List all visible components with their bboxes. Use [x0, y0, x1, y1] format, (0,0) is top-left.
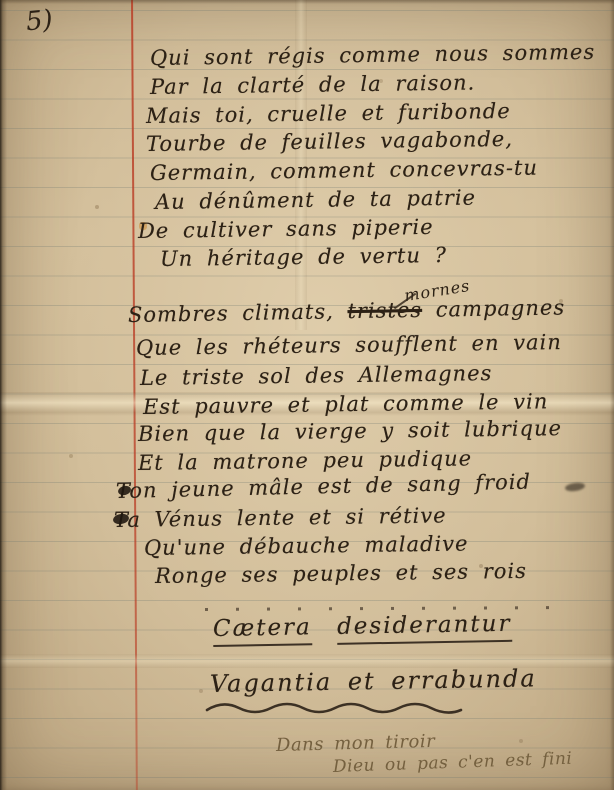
latin-line: Vagantia et errabunda: [210, 664, 537, 698]
poem-line: Que les rhéteurs soufflent en vain: [136, 330, 562, 360]
poem-line: Le triste sol des Allemagnes: [140, 361, 493, 390]
poem-line: Au dénûment de ta patrie: [155, 186, 476, 214]
poem-line: Par la clarté de la raison.: [150, 70, 476, 99]
underlined-word: desiderantur: [337, 611, 512, 645]
scan-edge-left: [0, 0, 7, 790]
struck-word: tristes: [347, 298, 422, 323]
ink-smudge: [565, 482, 586, 493]
poem-line: Ta Vénus lente et si rétive: [114, 503, 447, 532]
underlined-word: Cætera: [213, 614, 312, 647]
latin-line: Cætera desiderantur: [213, 611, 512, 642]
poem-line: Qui sont régis comme nous sommes: [150, 40, 595, 70]
poem-line: Bien que la vierge y soit lubrique: [138, 416, 562, 446]
scan-edge-right: [610, 0, 614, 790]
scan-edge-top: [0, 0, 614, 4]
poem-line: Ton jeune mâle est de sang froid: [116, 470, 531, 503]
manuscript-page: 5) Qui sont régis comme nous sommes Par …: [0, 0, 614, 790]
poem-line: Ronge ses peuples et ses rois: [155, 559, 527, 588]
poem-line: Qu'une débauche maladive: [144, 531, 469, 560]
poem-line-with-correction: Sombres climats, tristes campagnes: [128, 295, 566, 327]
poem-line: Un héritage de vertu ?: [160, 243, 447, 271]
marginal-note: Dans mon tiroir: [276, 731, 436, 756]
poem-line: Et la matrone peu pudique: [138, 446, 472, 475]
line-text-before: Sombres climats,: [128, 299, 334, 327]
poem-line: De cultiver sans piperie: [138, 215, 434, 243]
line-text-after: campagnes: [436, 295, 566, 321]
page-number: 5): [25, 5, 55, 38]
poem-line: Germain, comment concevras-tu: [150, 156, 538, 185]
poem-line: Mais toi, cruelle et furibonde: [146, 99, 511, 128]
poem-line: Tourbe de feuilles vagabonde,: [146, 127, 513, 156]
wavy-underline: [203, 698, 483, 718]
